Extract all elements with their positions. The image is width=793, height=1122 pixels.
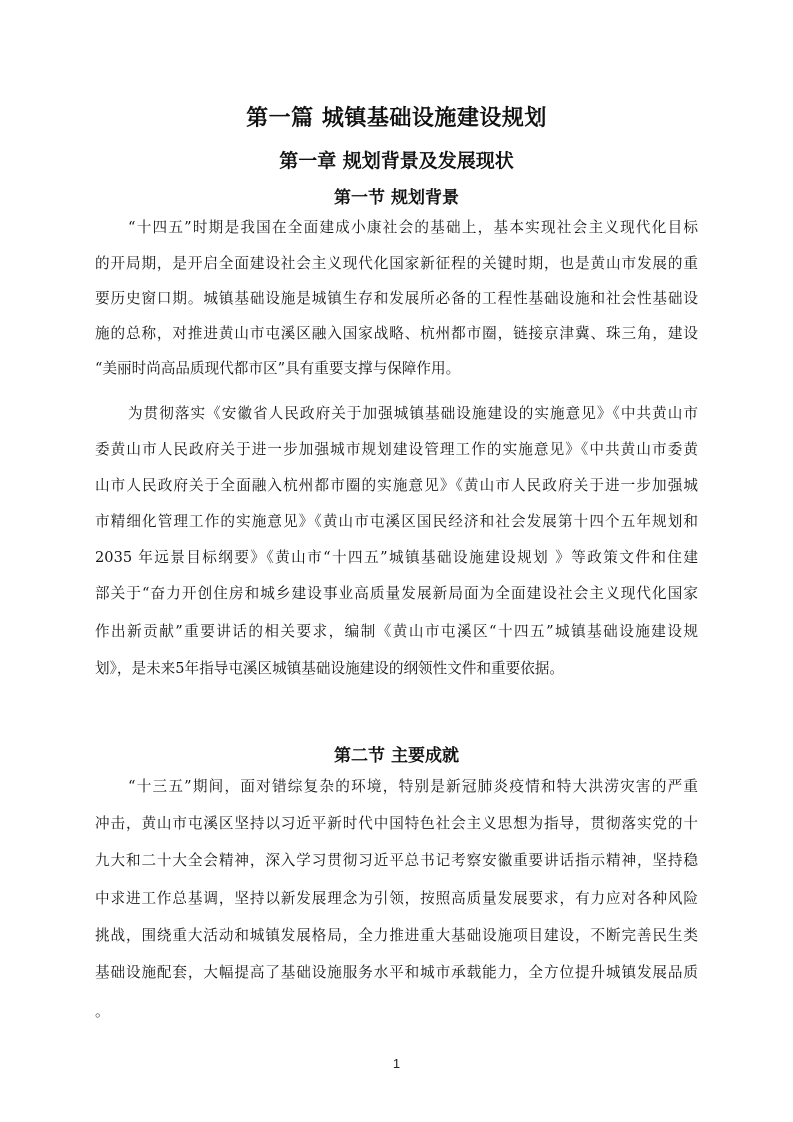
paragraph-line: 作出新贡献”重要讲话的相关要求，编制《黄山市屯溪区“十四五”城镇基础设施建设规 — [95, 622, 698, 642]
section-title-achievements: 第二节 主要成就 — [0, 741, 793, 766]
paragraph-line: 九大和二十大全会精神，深入学习贯彻习近平总书记考察安徽重要讲话指示精神，坚持稳 — [95, 851, 698, 871]
paragraph-line: 为贯彻落实《安徽省人民政府关于加强城镇基础设施建设的实施意见》《中共黄山市 — [128, 404, 698, 424]
paragraph-line: 中求进工作总基调，坚持以新发展理念为引领，按照高质量发展要求，有力应对各种风险 — [95, 889, 698, 909]
paragraph-line: “十三五”期间，面对错综复杂的环境，特别是新冠肺炎疫情和特大洪涝灾害的严重 — [128, 777, 698, 797]
paragraph-line: “十四五”时期是我国在全面建成小康社会的基础上，基本实现社会主义现代化目标 — [128, 218, 698, 238]
chapter-title: 第一章 规划背景及发展现状 — [0, 146, 793, 173]
paragraph-line: 要历史窗口期。城镇基础设施是城镇生存和发展所必备的工程性基础设施和社会性基础设 — [95, 289, 698, 309]
paragraph-line: 部关于“奋力开创住房和城乡建设事业高质量发展新局面为全面建设社会主义现代化国家 — [95, 584, 698, 604]
paragraph-line: 的开局期，是开启全面建设社会主义现代化国家新征程的关键时期，也是黄山市发展的重 — [95, 254, 698, 274]
document-page: 第一篇 城镇基础设施建设规划 第一章 规划背景及发展现状 第一节 规划背景 “十… — [0, 0, 793, 1122]
paragraph-line: 委黄山市人民政府关于进一步加强城市规划建设管理工作的实施意见》《中共黄山市委黄 — [95, 440, 698, 460]
paragraph-line: “美丽时尚高品质现代都市区”具有重要支撑与保障作用。 — [95, 359, 698, 379]
paragraph-line: 基础设施配套，大幅提高了基础设施服务水平和城市承载能力，全方位提升城镇发展品质 — [95, 963, 698, 983]
paragraph-line: 划》，是未来5年指导屯溪区城镇基础设施建设的纲领性文件和重要依据。 — [95, 659, 698, 679]
page-number: 1 — [0, 1056, 793, 1071]
paragraph-line: 市精细化管理工作的实施意见》《黄山市屯溪区国民经济和社会发展第十四个五年规划和 — [95, 512, 698, 532]
paragraph-line: 挑战，围绕重大活动和城镇发展格局，全力推进重大基础设施项目建设，不断完善民生类 — [95, 926, 698, 946]
part-title: 第一篇 城镇基础设施建设规划 — [0, 101, 793, 132]
paragraph-line: 山市人民政府关于全面融入杭州都市圈的实施意见》《黄山市人民政府关于进一步加强城 — [95, 476, 698, 496]
paragraph-line: 2035 年远景目标纲要》《黄山市“十四五”城镇基础设施建设规划 》等政策文件和… — [95, 548, 698, 568]
paragraph-line: 施的总称，对推进黄山市屯溪区融入国家战略、杭州都市圈，链接京津冀、珠三角，建设 — [95, 324, 698, 344]
paragraph-line: 冲击，黄山市屯溪区坚持以习近平新时代中国特色社会主义思想为指导，贯彻落实党的十 — [95, 814, 698, 834]
paragraph-line: 。 — [95, 1002, 698, 1022]
section-title-background: 第一节 规划背景 — [0, 183, 793, 208]
